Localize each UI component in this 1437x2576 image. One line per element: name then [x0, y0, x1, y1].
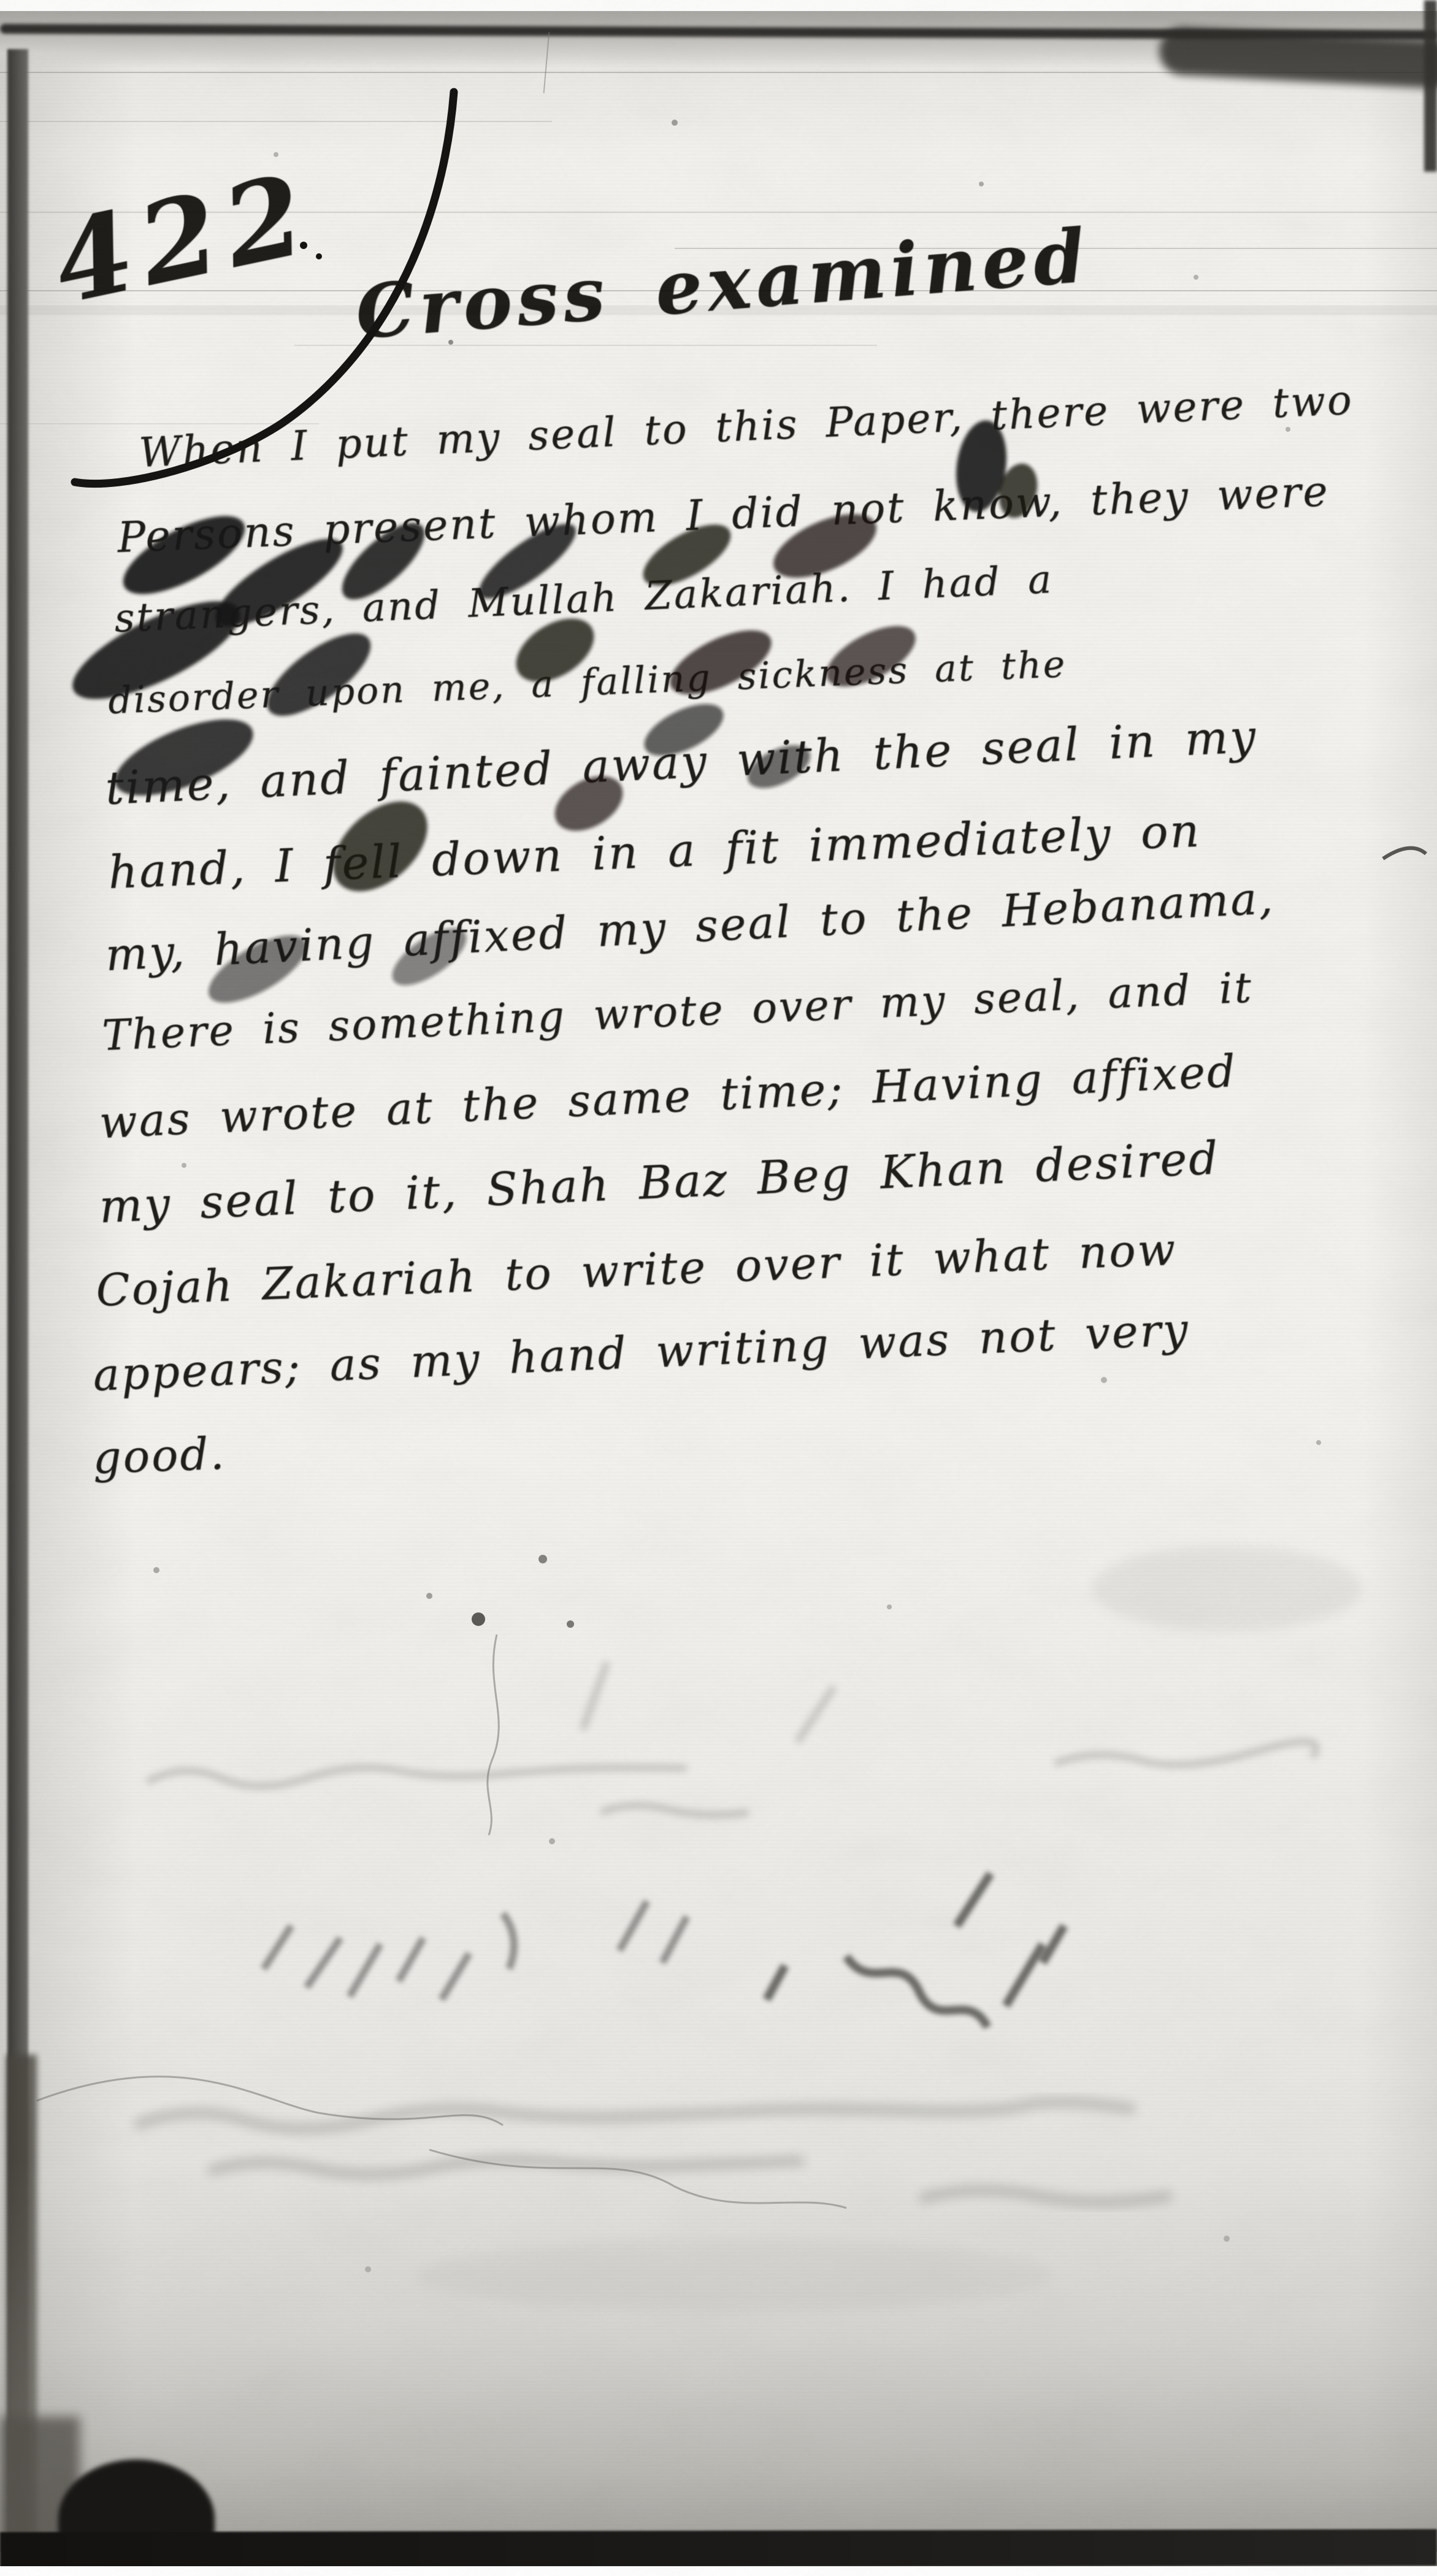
scan-noise-texture [0, 0, 1437, 2576]
